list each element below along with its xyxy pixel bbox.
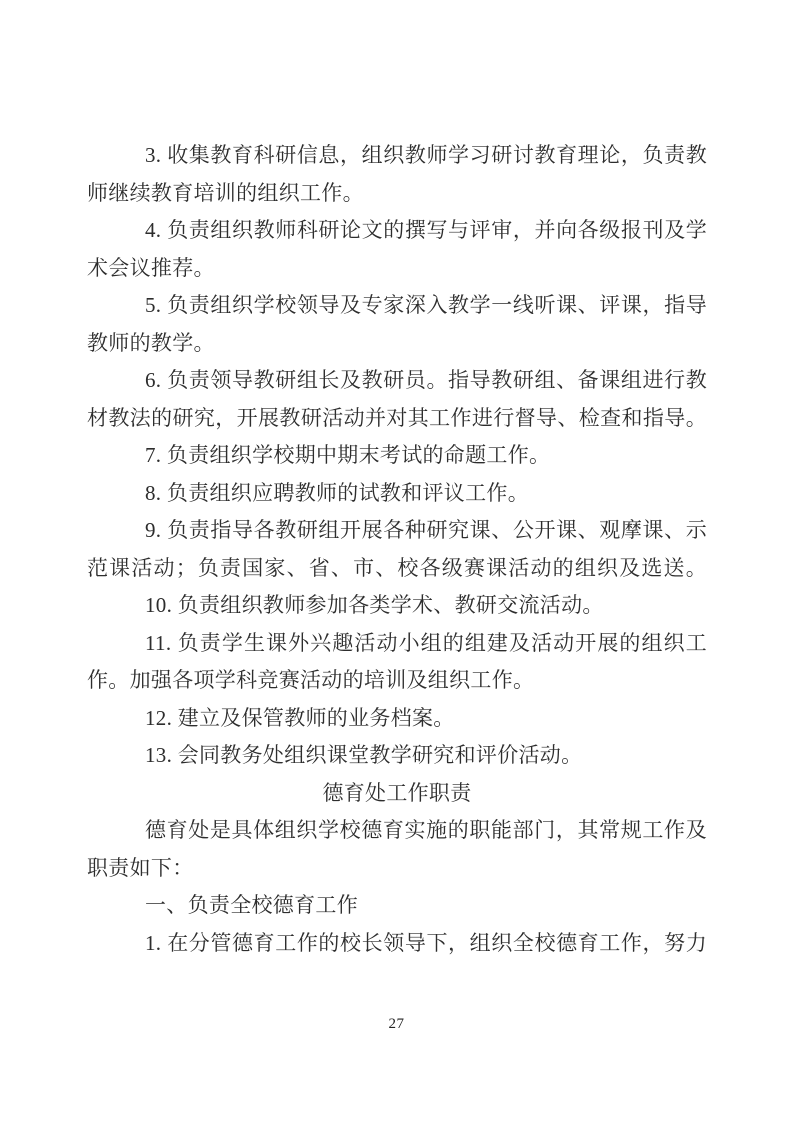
paragraph: 3. 收集教育科研信息，组织教师学习研讨教育理论，负责教师继续教育培训的组织工作… — [87, 137, 707, 212]
paragraph: 9. 负责指导各教研组开展各种研究课、公开课、观摩课、示范课活动；负责国家、省、… — [87, 512, 707, 587]
paragraph: 13. 会同教务处组织课堂教学研究和评价活动。 — [87, 737, 707, 775]
paragraph: 德育处是具体组织学校德育实施的职能部门，其常规工作及职责如下： — [87, 812, 707, 887]
section-heading: 德育处工作职责 — [87, 775, 707, 813]
paragraph: 11. 负责学生课外兴趣活动小组的组建及活动开展的组织工作。加强各项学科竞赛活动… — [87, 625, 707, 700]
paragraph: 5. 负责组织学校领导及专家深入教学一线听课、评课，指导教师的教学。 — [87, 287, 707, 362]
paragraph: 7. 负责组织学校期中期末考试的命题工作。 — [87, 437, 707, 475]
paragraph: 1. 在分管德育工作的校长领导下，组织全校德育工作，努力 — [87, 925, 707, 963]
document-page: 3. 收集教育科研信息，组织教师学习研讨教育理论，负责教师继续教育培训的组织工作… — [0, 0, 793, 1122]
paragraph: 一、负责全校德育工作 — [87, 887, 707, 925]
paragraph: 6. 负责领导教研组长及教研员。指导教研组、备课组进行教材教法的研究，开展教研活… — [87, 362, 707, 437]
paragraph: 4. 负责组织教师科研论文的撰写与评审，并向各级报刊及学术会议推荐。 — [87, 212, 707, 287]
paragraph: 10. 负责组织教师参加各类学术、教研交流活动。 — [87, 587, 707, 625]
paragraph: 8. 负责组织应聘教师的试教和评议工作。 — [87, 475, 707, 513]
document-body: 3. 收集教育科研信息，组织教师学习研讨教育理论，负责教师继续教育培训的组织工作… — [87, 137, 707, 962]
paragraph: 12. 建立及保管教师的业务档案。 — [87, 700, 707, 738]
page-number: 27 — [0, 1016, 793, 1033]
